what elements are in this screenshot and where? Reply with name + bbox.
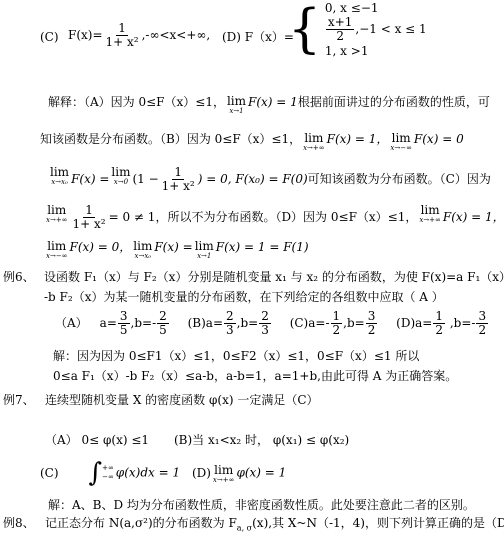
lim-sub: x→+∞ (213, 476, 235, 484)
integral-icon: ∫ (89, 458, 103, 488)
limit: limx→+∞ (419, 204, 441, 224)
explanation-line-5: limx→−∞F(x) = 0，limx→x₀F(x) =limx→1F(x) … (44, 240, 309, 260)
denominator: 2 (334, 30, 346, 43)
a-prefix: a=- (308, 316, 329, 330)
numerator: x+1 (326, 16, 354, 30)
explanation-line-2: 知该函数是分布函数。（B）因为 0≤F（x）≤1，limx→+∞F(x) = 1… (40, 132, 464, 152)
denominator: 2 (331, 324, 343, 337)
numerator: 3 (476, 310, 488, 324)
expr: (1 − (132, 172, 158, 186)
b-prefix: ,b=- (131, 316, 157, 330)
expr: F(x) = 1 = F(1) (216, 240, 309, 254)
lim-text: lim (392, 132, 411, 144)
integral-limits: +∞−∞ (102, 464, 114, 482)
limit: limx→−∞ (46, 240, 68, 260)
option-a: （A）a=35,b=-25 (55, 316, 170, 330)
option-label: (C) (290, 316, 309, 330)
numerator: 2 (224, 310, 236, 324)
denominator: 3 (224, 324, 236, 337)
explanation-line-1: 解释：（A）因为 0≤F（x）≤1，limx→1F(x) = 1根据前面讲过的分… (48, 95, 490, 115)
limit: limx→+∞ (213, 464, 235, 484)
lim-sub: x→1 (197, 252, 211, 260)
expr: F(x) = 0， (70, 240, 132, 254)
option-c-label: (C) (40, 466, 59, 480)
fraction: 11+ x² (71, 204, 108, 231)
lim-text: lim (47, 204, 66, 216)
option-c-range: ,-∞<x<+∞, (142, 28, 211, 42)
lim-sub: x→x₀ (51, 178, 68, 186)
numerator: 1 (172, 166, 184, 180)
numerator: 3 (366, 310, 378, 324)
denominator: 1+ x² (71, 218, 108, 231)
denominator: 1+ x² (160, 180, 197, 193)
a-prefix: a= (100, 316, 117, 330)
example-7-label: 例7、 (3, 393, 35, 407)
example-6-label: 例6、 (3, 270, 35, 284)
upper-limit: +∞ (102, 464, 114, 473)
lim-sub: x→+∞ (46, 216, 68, 224)
piece-2: x+12,−1 < x ≤ 1 (325, 16, 427, 43)
expr: F(x) = (71, 172, 109, 186)
limit: limx→x₀ (133, 240, 152, 260)
lim-sub: x→+∞ (303, 144, 325, 152)
option-c-func: F(x)= (68, 28, 103, 42)
example-6-line-2: -b F₂（x）为某一随机变量的分布函数，在下列给定的各组数中应取（ A ） (44, 290, 444, 304)
piece-3: 1, x >1 (325, 43, 427, 59)
numerator: 1 (83, 204, 95, 218)
b-prefix: ,b=- (446, 316, 475, 330)
option-c-fraction: 11+ x² (104, 22, 141, 49)
example-6-solution-2: 0≤a F₁（x）-b F₂（x）≤a-b，a-b=1，a=1+b,由此可得 A… (53, 369, 457, 383)
denominator: 2 (433, 324, 445, 337)
option-b: (B)a=23,b=23 (188, 316, 272, 330)
example-6-solution-1: 解：因为因为 0≤F1（x）≤1，0≤F2（x）≤1，0≤F（x）≤1 所以 (53, 349, 419, 363)
lim-text: lim (421, 204, 440, 216)
example-6-options: （A）a=35,b=-25 (B)a=23,b=23 (C)a=-12,b=32… (55, 310, 489, 337)
lim-text: lim (133, 240, 152, 252)
a-prefix: a= (415, 316, 432, 330)
lim-text: lim (50, 166, 69, 178)
text: 解释：（A）因为 0≤F（x）≤1， (48, 95, 225, 109)
example-7-option-a: （A） 0≤ φ(x) ≤1 (45, 433, 149, 447)
limit-expr: φ(x) = 1 (236, 466, 286, 480)
limit: limx→+∞ (303, 132, 325, 152)
numerator: 3 (118, 310, 130, 324)
question-rest: (x),其 X~N（-1，4)，则下列计算正确的是（D） (252, 516, 504, 530)
lim-text: lim (111, 166, 130, 178)
numerator: 1 (433, 310, 445, 324)
integral-expr: φ(x)dx = 1 (116, 466, 180, 480)
lim-text: lim (214, 464, 233, 476)
lim-sub: x→0 (114, 178, 128, 186)
lim-text: lim (47, 240, 66, 252)
b-prefix: ,b= (343, 316, 365, 330)
a-prefix: a= (206, 316, 223, 330)
piece-1: 0, x ≤−1 (325, 0, 427, 16)
example-7-solution: 解：A、B、D 均为分布函数性质，非密度函数性质。此处要注意此二者的区别。 (48, 498, 475, 512)
lim-sub: x→1 (229, 107, 243, 115)
limit: limx→1 (195, 240, 214, 260)
question-text: 记正态分布 N(a,σ²)的分布函数为 F (45, 516, 237, 530)
text: 知该函数是分布函数。（B）因为 0≤F（x）≤1， (40, 132, 301, 146)
denominator: 5 (118, 324, 130, 337)
denominator: 1+ x² (104, 36, 141, 49)
piecewise-cases: 0, x ≤−1 x+12,−1 < x ≤ 1 1, x >1 (325, 0, 427, 59)
example-7-question: 连续型随机变量 X 的密度函数 φ(x) 一定满足（C） (45, 393, 319, 407)
example-7-options-cd: (C)∫+∞−∞φ(x)dx = 1 (D)limx→+∞φ(x) = 1 (40, 464, 286, 484)
expr: F(x) = 1， (443, 210, 504, 224)
limit: limx→−∞ (390, 132, 412, 152)
explanation-line-3: limx→x₀F(x) =limx→0(1 −11+ x²) = 0, F(x₀… (48, 166, 491, 193)
option-c-label: (C) (40, 30, 59, 44)
expr: ) = 0, F(x₀) = F(0) (198, 172, 308, 186)
option-d: (D)a=12 ,b=-32 (396, 316, 489, 330)
example-8-question: 记正态分布 N(a,σ²)的分布函数为 Fa, σ(x),其 X~N（-1，4)… (45, 516, 504, 535)
option-c: (C)a=-12,b=32 (290, 316, 379, 330)
lim-sub: x→−∞ (390, 144, 412, 152)
example-7-option-b: (B)当 x₁<x₂ 时， φ(x₁) ≤ φ(x₂) (174, 433, 349, 447)
option-label: (B) (188, 316, 206, 330)
option-d-label: (D) F（x）= (222, 30, 294, 44)
subscript: a, σ (237, 523, 252, 532)
numerator: 1 (116, 22, 128, 36)
example-6-line-1: 设函数 F₁（x）与 F₂（x）分别是随机变量 x₁ 与 x₂ 的分布函数，为使… (44, 270, 504, 284)
denominator: 5 (157, 324, 169, 337)
option-label: （A） (55, 316, 88, 330)
option-c-formula: F(x)=11+ x²,-∞<x<+∞, (68, 22, 210, 49)
piece-2-condition: ,−1 < x ≤ 1 (355, 22, 426, 36)
numerator: 1 (331, 310, 343, 324)
limit: limx→+∞ (46, 204, 68, 224)
limit: limx→0 (111, 166, 130, 186)
lim-sub: x→−∞ (46, 252, 68, 260)
expr: F(x) = 1， (327, 132, 389, 146)
left-brace-icon: { (288, 0, 321, 60)
numerator: 2 (259, 310, 271, 324)
explanation-line-4: limx→+∞11+ x²= 0 ≠ 1，所以不为分布函数。（D）因为 0≤F（… (44, 204, 504, 231)
denominator: 2 (366, 324, 378, 337)
lim-text: lim (227, 95, 246, 107)
option-label: (D) (396, 316, 415, 330)
text: 根据前面讲过的分布函数的性质，可 (298, 95, 490, 109)
option-d-label: (D) (192, 466, 211, 480)
expr: = 0 ≠ 1 (109, 210, 156, 224)
expr: F(x) = 1 (248, 95, 298, 109)
expr: F(x) = (154, 240, 192, 254)
lim-sub: x→+∞ (419, 216, 441, 224)
lim-text: lim (304, 132, 323, 144)
limit: limx→1 (227, 95, 246, 115)
b-prefix: ,b= (237, 316, 259, 330)
fraction: 11+ x² (160, 166, 197, 193)
denominator: 2 (476, 324, 488, 337)
expr: F(x) = 0 (414, 132, 464, 146)
lower-limit: −∞ (102, 473, 114, 482)
lim-text: lim (195, 240, 214, 252)
example-8-label: 例8、 (3, 516, 35, 530)
denominator: 3 (259, 324, 271, 337)
numerator: 2 (157, 310, 169, 324)
limit: limx→x₀ (50, 166, 69, 186)
lim-sub: x→x₀ (135, 252, 152, 260)
option-d-piecewise: { 0, x ≤−1 x+12,−1 < x ≤ 1 1, x >1 (288, 0, 427, 59)
text: 可知该函数为分布函数。（C）因为 (308, 172, 491, 186)
text: ，所以不为分布函数。（D）因为 0≤F（x）≤1， (155, 210, 417, 224)
